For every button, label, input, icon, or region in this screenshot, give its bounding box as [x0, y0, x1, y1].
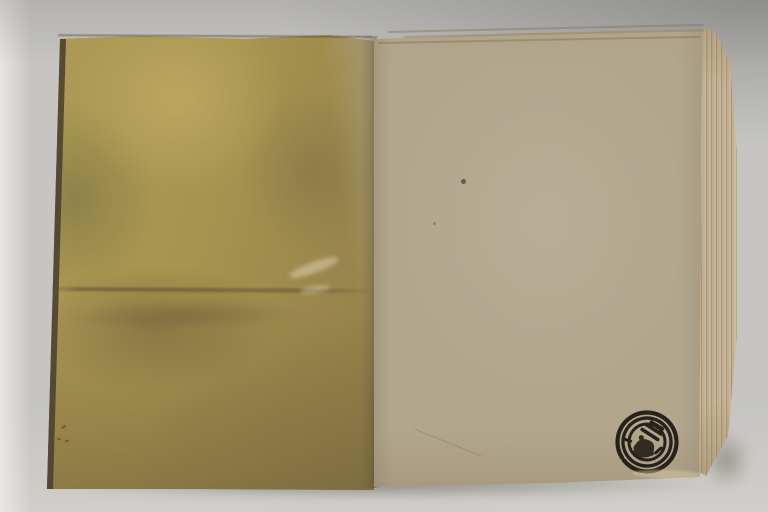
pencil-mark: [65, 440, 69, 442]
pencil-mark: [61, 425, 66, 429]
ink-speck: [461, 179, 466, 184]
pencil-marks: [54, 426, 74, 448]
photo-scene: [0, 0, 768, 512]
pencil-mark: [57, 438, 61, 440]
ink-speck: [433, 222, 436, 225]
cover-top-edge-line: [58, 34, 372, 38]
collector-seal-icon: [609, 404, 686, 481]
